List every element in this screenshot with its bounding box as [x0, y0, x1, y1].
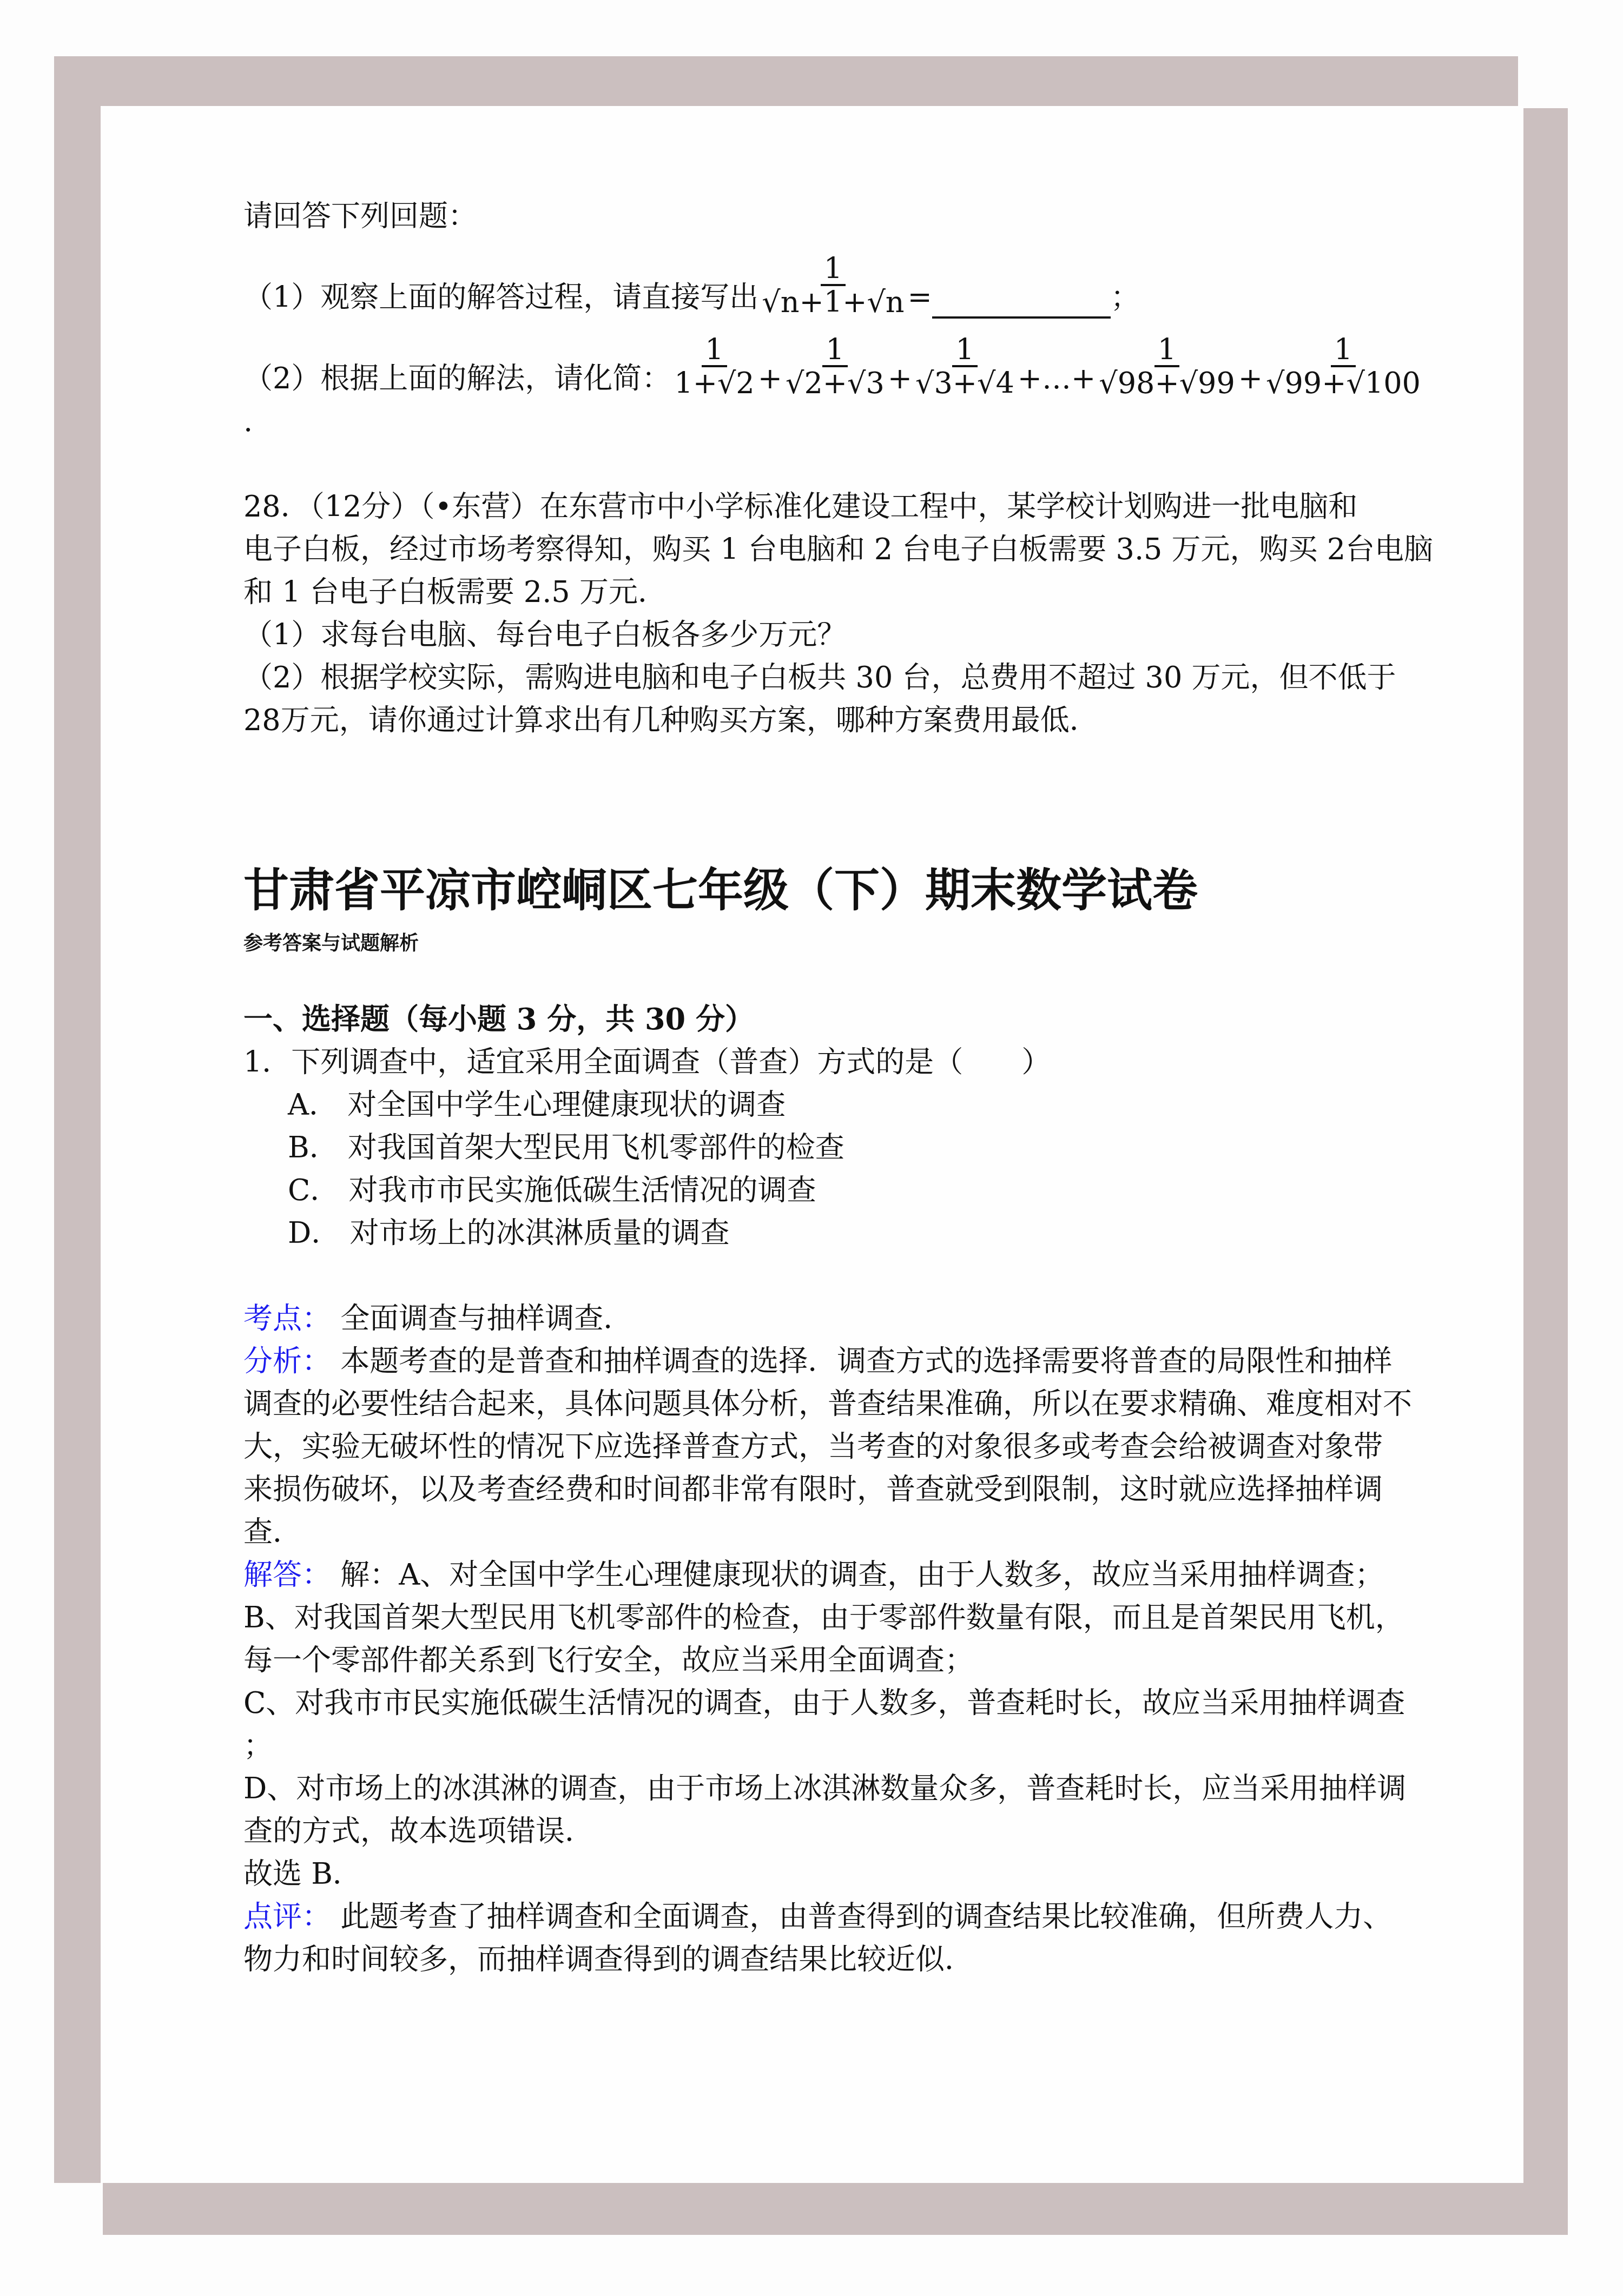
prev-q1-fraction: 1 √n+1+√n	[760, 254, 906, 319]
q1-option-b: B． 对我国首架大型民用飞机零部件的检查	[243, 1126, 1385, 1169]
kaodian-label: 考点：	[243, 1301, 331, 1335]
question-28: 28．（12分）（•东营）在东营市中小学标准化建设工程中，某学校计划购进一批电脑…	[243, 485, 1385, 742]
prev-q2-end: .	[243, 400, 1385, 442]
q2-term-3: 1√3+√4	[913, 335, 1017, 400]
answer-sheet-subtitle: 参考答案与试题解析	[243, 928, 1385, 960]
q2-term-1: 11+√2	[672, 335, 756, 400]
q2-term-99: 1√99+√100	[1264, 335, 1423, 400]
fenxi: 分析： 本题考查的是普查和抽样调查的选择．调查方式的选择需要将普查的局限性和抽样…	[243, 1340, 1385, 1553]
answer-blank	[932, 289, 1111, 319]
q2-term-98: 1√98+√99	[1097, 335, 1237, 400]
prev-intro: 请回答下列回题：	[243, 195, 1385, 237]
q1-option-a: A． 对全国中学生心理健康现状的调查	[243, 1083, 1385, 1126]
section-heading: 一、选择题（每小题 3 分，共 30 分）	[243, 998, 1385, 1041]
document-content: 请回答下列回题： （1）观察上面的解答过程，请直接写出 1 √n+1+√n = …	[243, 195, 1385, 1981]
q1-option-c: C． 对我市市民实施低碳生活情况的调查	[243, 1169, 1385, 1212]
prev-q1: （1）观察上面的解答过程，请直接写出 1 √n+1+√n = ；	[243, 237, 1385, 319]
answer-sheet-title: 甘肃省平凉市崆峒区七年级（下）期末数学试卷	[243, 861, 1385, 920]
jieda: 解答： 解：A、对全国中学生心理健康现状的调查，由于人数多，故应当采用抽样调查；…	[243, 1553, 1385, 1895]
q1-stem: 1．下列调查中，适宜采用全面调查（普查）方式的是（ ）	[243, 1041, 1385, 1083]
prev-q2: （2）根据上面的解法，请化简： 11+√2 + 1√2+√3 + 1√3+√4 …	[243, 319, 1385, 400]
prev-q1-text: （1）观察上面的解答过程，请直接写出	[243, 276, 758, 319]
q1-option-d: D． 对市场上的冰淇淋质量的调查	[243, 1212, 1385, 1254]
jieda-label: 解答：	[243, 1558, 331, 1592]
kaodian: 考点： 全面调查与抽样调查．	[243, 1297, 1385, 1340]
q2-term-2: 1√2+√3	[783, 335, 887, 400]
fenxi-label: 分析：	[243, 1344, 331, 1378]
prev-q2-text: （2）根据上面的解法，请化简：	[243, 357, 671, 400]
dianping-label: 点评：	[243, 1900, 331, 1934]
dianping: 点评： 此题考查了抽样调查和全面调查，由普查得到的调查结果比较准确，但所费人力、…	[243, 1895, 1385, 1981]
